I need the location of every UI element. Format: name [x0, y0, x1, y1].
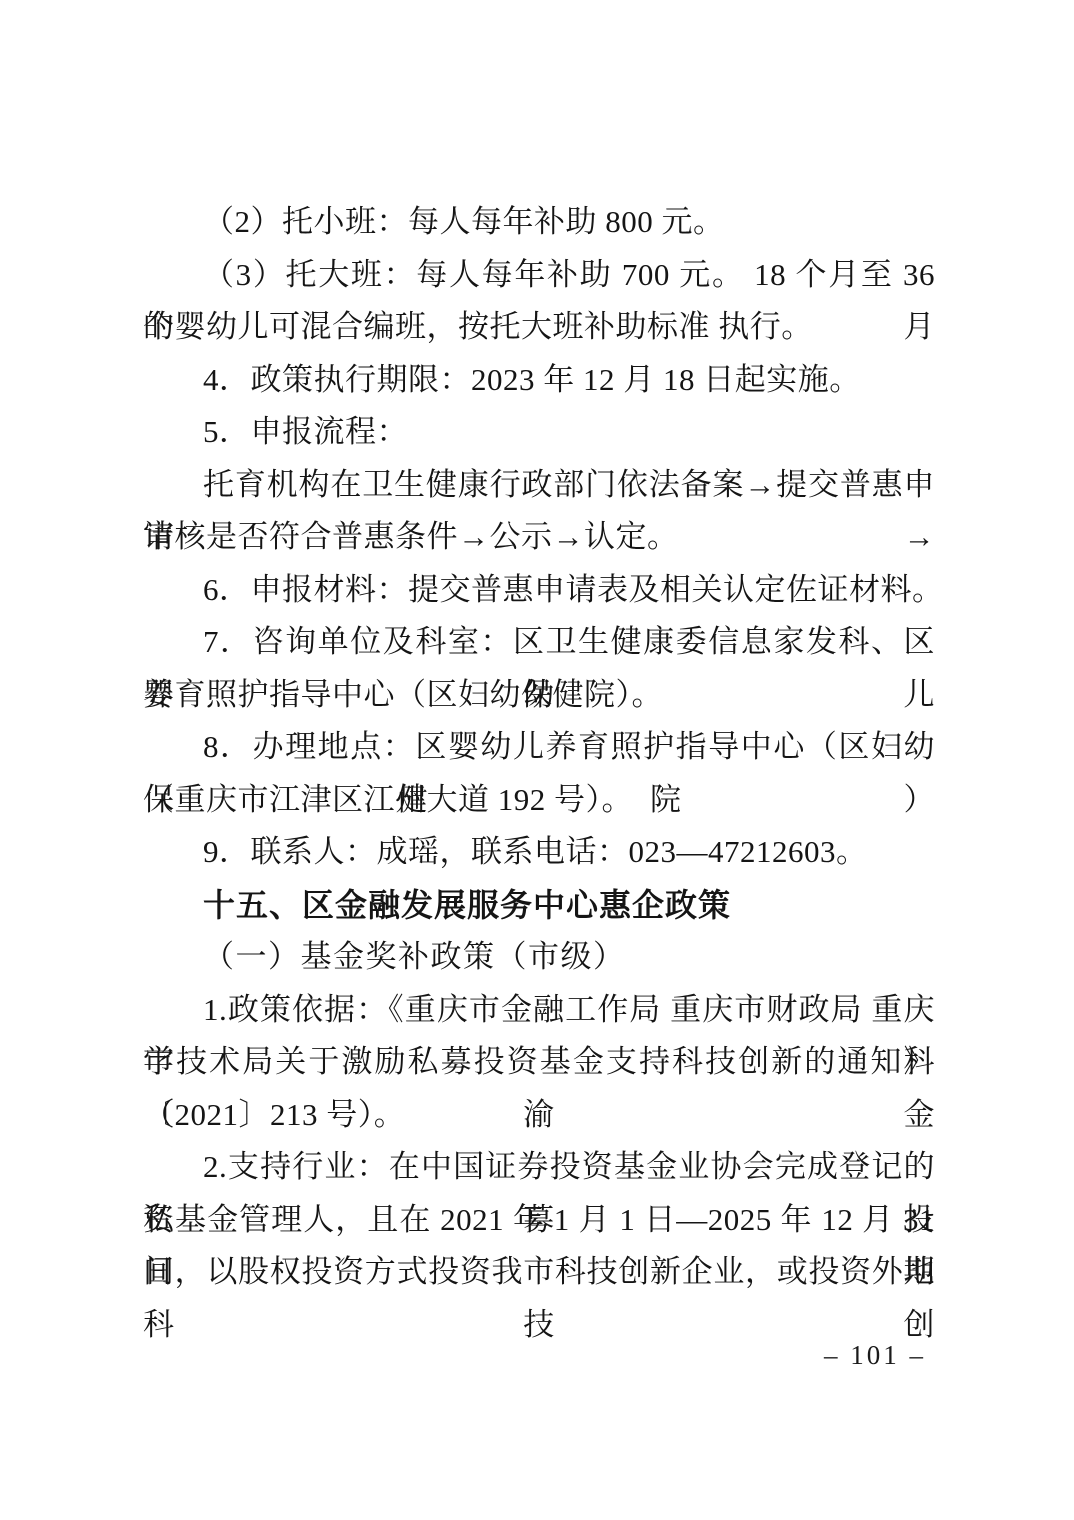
paragraph-line: 7．咨询单位及科室：区卫生健康委信息家发科、区婴幼儿 — [143, 616, 935, 669]
section-heading: 十五、区金融发展服务中心惠企政策 — [143, 879, 935, 932]
paragraph-line: 2.支持行业：在中国证券投资基金业协会完成登记的私募投 — [143, 1141, 935, 1194]
paragraph-line: 学技术局关于激励私募投资基金支持科技创新的通知》（渝金 — [143, 1036, 935, 1089]
paragraph-line: （3）托大班：每人每年补助 700 元。 18 个月至 36 个月 — [143, 249, 935, 302]
paragraph-line: 5．申报流程： — [143, 406, 935, 459]
text-column: （2）托小班：每人每年补助 800 元。 （3）托大班：每人每年补助 700 元… — [143, 196, 935, 1299]
paragraph-line: 9．联系人：成瑶，联系电话：023—47212603。 — [143, 826, 935, 879]
page-number: – 101 – — [824, 1340, 926, 1371]
paragraph-line: 托育机构在卫生健康行政部门依法备案→提交普惠申请→ — [143, 459, 935, 512]
paragraph-line: （2）托小班：每人每年补助 800 元。 — [143, 196, 935, 249]
paragraph-line: 资基金管理人，且在 2021 年 1 月 1 日—2025 年 12 月 31 … — [143, 1194, 935, 1247]
paragraph-line: 间，以股权投资方式投资我市科技创新企业，或投资外地科技创 — [143, 1246, 935, 1299]
subsection-heading: （一）基金奖补政策（市级） — [143, 931, 935, 984]
paragraph-line: 8．办理地点：区婴幼儿养育照护指导中心（区妇幼保健院） — [143, 721, 935, 774]
paragraph-line: 6．申报材料：提交普惠申请表及相关认定佐证材料。 — [143, 564, 935, 617]
paragraph-line: 4．政策执行期限：2023 年 12 月 18 日起实施。 — [143, 354, 935, 407]
paragraph-line: 1.政策依据：《重庆市金融工作局 重庆市财政局 重庆市科 — [143, 984, 935, 1037]
document-page: { "content": { "lines": [ { "text": "（2）… — [0, 0, 1074, 1520]
